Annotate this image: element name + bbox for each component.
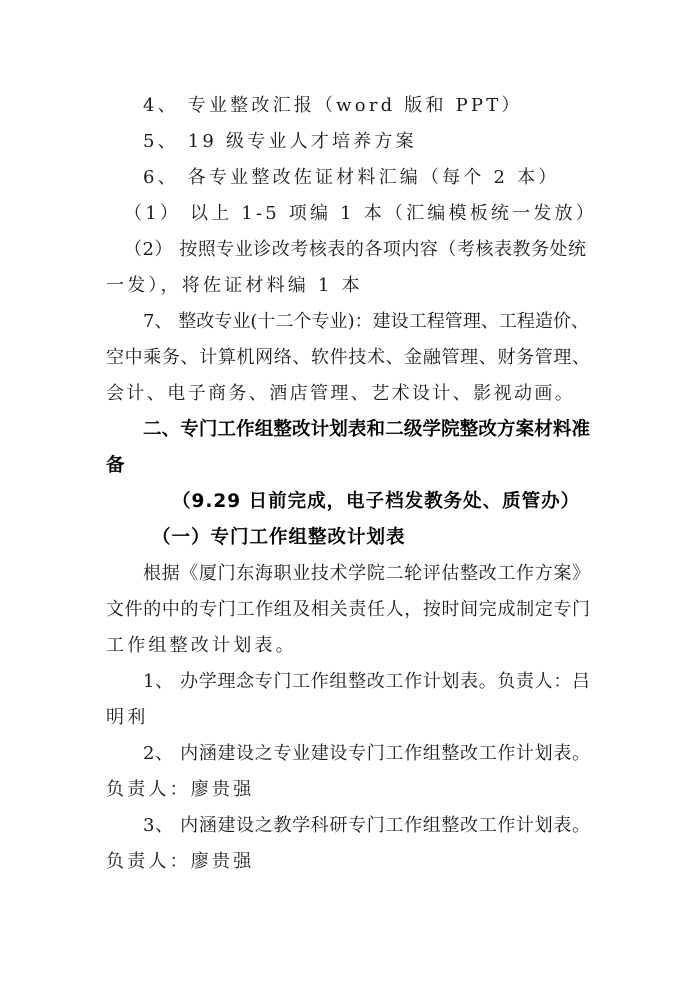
plan-2-line2: 负责人：廖贵强: [106, 778, 254, 802]
list-item-6: 6、 各专业整改佐证材料汇编（每个 2 本）: [143, 166, 559, 190]
plan-3-line1: 3、 内涵建设之教学科研专门工作组整改工作计划表。: [143, 814, 590, 838]
section-heading-continued: 备: [106, 454, 126, 478]
item-7-line2: 空中乘务、计算机网络、软件技术、金融管理、财务管理、: [106, 346, 590, 370]
paragraph-line2: 文件的中的专门工作组及相关责任人，按时间完成制定专门: [106, 598, 590, 622]
sub-item-1: （1） 以上 1-5 项编 1 本（汇编模板统一发放）: [124, 202, 597, 226]
deadline-note: （9.29 日前完成，电子档发教务处、质管办）: [172, 490, 580, 514]
plan-1-line2: 明利: [106, 706, 148, 730]
sub-item-2-line1: （2） 按照专业诊改考核表的各项内容（考核表教务处统: [124, 238, 586, 262]
list-item-4: 4、 专业整改汇报（word 版和 PPT）: [143, 94, 523, 118]
subsection-heading: （一）专门工作组整改计划表: [152, 526, 406, 550]
item-7-line1: 7、 整改专业(十二个专业)：建设工程管理、工程造价、: [143, 310, 589, 334]
sub-item-2-line2: 一发），将佐证材料编 1 本: [106, 274, 363, 298]
list-item-5: 5、 19 级专业人才培养方案: [143, 130, 417, 154]
section-heading: 二、专门工作组整改计划表和二级学院整改方案材料准: [143, 418, 590, 442]
paragraph-line1: 根据《厦门东海职业技术学院二轮评估整改工作方案》: [143, 562, 590, 586]
plan-1-line1: 1、 办学理念专门工作组整改工作计划表。负责人：吕: [143, 670, 590, 694]
plan-2-line1: 2、 内涵建设之专业建设专门工作组整改工作计划表。: [143, 742, 590, 766]
item-7-line3: 会计、电子商务、酒店管理、艺术设计、影视动画。: [106, 382, 575, 406]
paragraph-line3: 工作组整改计划表。: [106, 634, 297, 658]
document-page: 4、 专业整改汇报（word 版和 PPT） 5、 19 级专业人才培养方案 6…: [0, 0, 700, 990]
plan-3-line2: 负责人：廖贵强: [106, 850, 254, 874]
